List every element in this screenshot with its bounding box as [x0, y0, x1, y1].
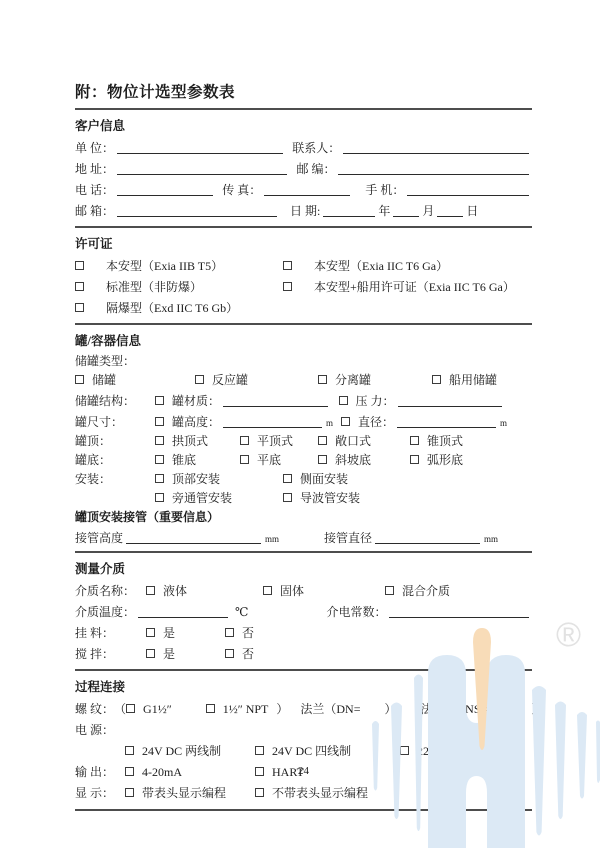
- pressure-input-line: [398, 395, 502, 407]
- option-label: 顶部安装: [172, 471, 220, 487]
- tank-bottom-row: 罐底： 锥底 平底 斜坡底 弧形底: [75, 449, 532, 468]
- medium-name-label: 介质名称：: [75, 583, 130, 599]
- power-options-row: 24V DC 两线制 24V DC 四线制 220V AC四线制: [75, 738, 532, 759]
- install-option-2: 侧面安装: [283, 471, 348, 487]
- display-option-2: 不带表头显示编程: [255, 785, 368, 801]
- phone-label: 电 话：: [75, 182, 114, 198]
- option-label: 反应罐: [212, 372, 248, 388]
- option-label: 否: [242, 646, 254, 662]
- zip-label: 邮 编：: [296, 161, 335, 177]
- display-option-1: 带表头显示编程: [125, 785, 226, 801]
- height-label: 罐高度：: [172, 414, 220, 430]
- checkbox-icon: [240, 436, 249, 445]
- license-option-4: 本安型+船用许可证（Exia IIC T6 Ga）: [283, 279, 515, 295]
- thread-option-npt: 1½″ NPT: [206, 701, 269, 717]
- tank-type-options-row: 储罐 反应罐 分离罐 船用储罐: [75, 369, 532, 388]
- tank-height-option: 罐高度：: [155, 414, 220, 430]
- section-divider: [75, 226, 532, 228]
- checkbox-icon: [283, 493, 292, 502]
- option-label: 平顶式: [257, 433, 293, 449]
- material-input-line: [223, 395, 327, 407]
- tank-type-option-3: 分离罐: [318, 372, 371, 388]
- section-process-connection: 过程连接 螺 纹： （ G1½″ 1½″ NPT ） 法兰（DN= ） 法兰（A…: [75, 678, 532, 801]
- checkbox-icon: [339, 396, 348, 405]
- checkbox-icon: [75, 282, 84, 291]
- checkbox-icon: [126, 704, 135, 713]
- option-label: 旁通管安装: [172, 490, 232, 506]
- checkbox-icon: [146, 586, 155, 595]
- tank-top-option-3: 敞口式: [318, 433, 371, 449]
- height-input-line: [223, 416, 322, 428]
- display-row: 显 示： 带表头显示编程 不带表头显示编程: [75, 780, 532, 801]
- year-label: 年: [378, 203, 390, 219]
- license-row-3: 隔爆型（Exd IIC T6 Gb）: [75, 295, 532, 316]
- display-label: 显 示：: [75, 785, 125, 801]
- diameter-input-line: [397, 416, 496, 428]
- stir-no-option: 否: [225, 646, 254, 662]
- power-label: 电 源：: [75, 722, 114, 738]
- nozzle-diameter-input-line: [375, 532, 480, 544]
- power-label-row: 电 源：: [75, 717, 532, 738]
- install-option-1: 顶部安装: [155, 471, 220, 487]
- diameter-label: 直径：: [358, 414, 394, 430]
- option-label: 斜坡底: [335, 452, 371, 468]
- option-label: 弧形底: [427, 452, 463, 468]
- section-tank-info: 罐/容器信息 储罐类型： 储罐 反应罐 分离罐 船用储罐 储罐结构： 罐材质： …: [75, 332, 532, 546]
- option-label: 带表头显示编程: [142, 785, 226, 801]
- checkbox-icon: [318, 375, 327, 384]
- option-label: 液体: [163, 583, 187, 599]
- buildup-label: 挂 料：: [75, 625, 130, 641]
- checkbox-icon: [283, 261, 292, 270]
- stir-yes-option: 是: [146, 646, 175, 662]
- tank-bottom-option-4: 弧形底: [410, 452, 463, 468]
- nozzle-diameter-label: 接管直径: [324, 530, 372, 546]
- customer-heading: 客户信息: [75, 117, 532, 135]
- nozzle-row: 接管高度 mm 接管直径 mm: [75, 525, 532, 546]
- flange-dn-close: ）: [385, 701, 397, 717]
- checkbox-icon: [206, 704, 215, 713]
- tank-bottom-label: 罐底：: [75, 452, 155, 468]
- checkbox-icon: [195, 375, 204, 384]
- option-label: 锥底: [172, 452, 196, 468]
- medium-temp-label: 介质温度：: [75, 604, 135, 620]
- tank-top-option-1: 拱顶式: [155, 433, 208, 449]
- medium-temp-row: 介质温度： ℃ 介电常数：: [75, 599, 532, 620]
- thread-label: 螺 纹：: [75, 701, 114, 717]
- checkbox-icon: [125, 746, 134, 755]
- section-divider: [75, 551, 532, 553]
- checkbox-icon: [155, 436, 164, 445]
- checkbox-icon: [255, 788, 264, 797]
- checkbox-icon: [225, 628, 234, 637]
- tank-install-label: 安装：: [75, 471, 155, 487]
- option-label: G1½″: [143, 701, 172, 717]
- tank-bottom-option-2: 平底: [240, 452, 281, 468]
- power-option-2: 24V DC 四线制: [255, 743, 351, 759]
- option-label: 220V AC四线制: [417, 743, 498, 759]
- process-heading: 过程连接: [75, 678, 532, 696]
- tank-type-option-1: 储罐: [75, 372, 116, 388]
- license-option-1: 本安型（Exia IIB T5）: [75, 258, 223, 274]
- license-option-2: 本安型（Exia IIC T6 Ga）: [283, 258, 448, 274]
- checkbox-icon: [255, 746, 264, 755]
- checkbox-icon: [75, 261, 84, 270]
- flange-ansi-label: 法兰（ANSI=: [421, 701, 492, 717]
- unit-input-line: [117, 142, 283, 154]
- tank-material-option: 罐材质：: [155, 393, 220, 409]
- tank-type-label: 储罐类型：: [75, 353, 135, 369]
- nozzle-height-input-line: [126, 532, 261, 544]
- option-label: 平底: [257, 452, 281, 468]
- fax-input-line: [264, 184, 350, 196]
- option-label: 本安型（Exia IIC T6 Ga）: [314, 258, 448, 274]
- checkbox-icon: [400, 746, 409, 755]
- buildup-no-option: 否: [225, 625, 254, 641]
- checkbox-icon: [341, 417, 350, 426]
- checkbox-icon: [385, 586, 394, 595]
- tank-type-option-4: 船用储罐: [432, 372, 497, 388]
- checkbox-icon: [155, 417, 164, 426]
- tank-bottom-option-1: 锥底: [155, 452, 196, 468]
- section-customer-info: 客户信息 单 位： 联系人： 地 址： 邮 编： 电 话： 传 真： 手 机：: [75, 117, 532, 219]
- checkbox-icon: [155, 455, 164, 464]
- checkbox-icon: [75, 375, 84, 384]
- checkbox-icon: [318, 455, 327, 464]
- tank-top-option-4: 锥顶式: [410, 433, 463, 449]
- section-license: 许可证 本安型（Exia IIB T5） 本安型（Exia IIC T6 Ga）…: [75, 235, 532, 316]
- power-option-1: 24V DC 两线制: [125, 743, 221, 759]
- install-option-4: 导波管安装: [283, 490, 360, 506]
- thread-close-paren: ）: [276, 701, 288, 717]
- tank-top-option-2: 平顶式: [240, 433, 293, 449]
- tank-top-label: 罐顶：: [75, 433, 155, 449]
- checkbox-icon: [225, 649, 234, 658]
- checkbox-icon: [155, 474, 164, 483]
- day-label: 日: [466, 203, 478, 219]
- license-option-5: 隔爆型（Exd IIC T6 Gb）: [75, 300, 238, 316]
- checkbox-icon: [155, 493, 164, 502]
- temp-input-line: [138, 606, 228, 618]
- unit-label: 单 位：: [75, 140, 114, 156]
- height-unit: m: [326, 416, 333, 430]
- checkbox-icon: [125, 788, 134, 797]
- section-divider: [75, 669, 532, 671]
- option-label: 是: [163, 646, 175, 662]
- thread-row: 螺 纹： （ G1½″ 1½″ NPT ） 法兰（DN= ） 法兰（ANSI= …: [75, 696, 532, 717]
- date-year-line: [323, 205, 375, 217]
- option-label: 拱顶式: [172, 433, 208, 449]
- temp-unit: ℃: [235, 604, 248, 620]
- option-label: 固体: [280, 583, 304, 599]
- mobile-label: 手 机：: [365, 182, 404, 198]
- email-label: 邮 箱：: [75, 203, 114, 219]
- option-label: 不带表头显示编程: [272, 785, 368, 801]
- page-title: 附：物位计选型参数表: [75, 80, 532, 102]
- tank-pressure-option: 压 力：: [339, 393, 395, 409]
- zip-input-line: [338, 163, 529, 175]
- customer-row-unit: 单 位： 联系人：: [75, 135, 532, 156]
- tank-install-row-1: 安装： 顶部安装 侧面安装: [75, 468, 532, 487]
- checkbox-icon: [240, 455, 249, 464]
- option-label: 船用储罐: [449, 372, 497, 388]
- document-page: 附：物位计选型参数表 客户信息 单 位： 联系人： 地 址： 邮 编： 电 话：…: [0, 0, 600, 848]
- section-divider: [75, 809, 532, 811]
- tank-structure-row: 储罐结构： 罐材质： 压 力：: [75, 388, 532, 409]
- stir-label: 搅 拌：: [75, 646, 130, 662]
- option-label: 锥顶式: [427, 433, 463, 449]
- nozzle-height-label: 接管高度: [75, 530, 123, 546]
- option-label: 隔爆型（Exd IIC T6 Gb）: [106, 300, 238, 316]
- buildup-yes-option: 是: [146, 625, 175, 641]
- customer-row-email: 邮 箱： 日 期: 年 月 日: [75, 198, 532, 219]
- tank-diameter-option: 直径：: [341, 414, 394, 430]
- tank-size-label: 罐尺寸：: [75, 414, 155, 430]
- section-divider: [75, 323, 532, 325]
- tank-type-option-2: 反应罐: [195, 372, 248, 388]
- phone-input-line: [117, 184, 213, 196]
- date-month-line: [393, 205, 419, 217]
- email-input-line: [117, 205, 277, 217]
- option-label: 本安型（Exia IIB T5）: [106, 258, 223, 274]
- option-label: 敞口式: [335, 433, 371, 449]
- date-day-line: [437, 205, 463, 217]
- option-label: 混合介质: [402, 583, 450, 599]
- fax-label: 传 真：: [222, 182, 261, 198]
- address-input-line: [117, 163, 287, 175]
- license-option-3: 标准型（非防爆）: [75, 279, 202, 295]
- thread-open-paren: （: [114, 701, 126, 717]
- page-number: 24: [75, 765, 532, 777]
- material-label: 罐材质：: [172, 393, 220, 409]
- checkbox-icon: [283, 282, 292, 291]
- option-label: 1½″ NPT: [223, 701, 269, 717]
- tank-structure-label: 储罐结构：: [75, 393, 155, 409]
- checkbox-icon: [318, 436, 327, 445]
- medium-stir-row: 搅 拌： 是 否: [75, 641, 532, 662]
- contact-input-line: [343, 142, 529, 154]
- install-option-3: 旁通管安装: [155, 490, 232, 506]
- option-label: 否: [242, 625, 254, 641]
- medium-option-solid: 固体: [263, 583, 304, 599]
- option-label: 侧面安装: [300, 471, 348, 487]
- checkbox-icon: [432, 375, 441, 384]
- tank-size-row: 罐尺寸： 罐高度： m 直径： m: [75, 409, 532, 430]
- option-label: 标准型（非防爆）: [106, 279, 202, 295]
- license-row-1: 本安型（Exia IIB T5） 本安型（Exia IIC T6 Ga）: [75, 253, 532, 274]
- option-label: 24V DC 两线制: [142, 743, 221, 759]
- checkbox-icon: [146, 649, 155, 658]
- medium-option-mixed: 混合介质: [385, 583, 450, 599]
- option-label: 导波管安装: [300, 490, 360, 506]
- option-label: 分离罐: [335, 372, 371, 388]
- checkbox-icon: [410, 436, 419, 445]
- tank-bottom-option-3: 斜坡底: [318, 452, 371, 468]
- thread-option-g: G1½″: [126, 701, 172, 717]
- medium-option-liquid: 液体: [146, 583, 187, 599]
- flange-dn-label: 法兰（DN=: [300, 701, 360, 717]
- medium-heading: 测量介质: [75, 560, 532, 578]
- checkbox-icon: [155, 396, 164, 405]
- option-label: 本安型+船用许可证（Exia IIC T6 Ga）: [314, 279, 515, 295]
- customer-row-phone: 电 话： 传 真： 手 机：: [75, 177, 532, 198]
- dielectric-label: 介电常数：: [326, 604, 386, 620]
- medium-name-row: 介质名称： 液体 固体 混合介质: [75, 578, 532, 599]
- registered-trademark-icon: ®: [556, 618, 581, 652]
- option-label: 是: [163, 625, 175, 641]
- contact-label: 联系人：: [292, 140, 340, 156]
- customer-row-address: 地 址： 邮 编：: [75, 156, 532, 177]
- tank-top-row: 罐顶： 拱顶式 平顶式 敞口式 锥顶式: [75, 430, 532, 449]
- option-label: 24V DC 四线制: [272, 743, 351, 759]
- checkbox-icon: [146, 628, 155, 637]
- checkbox-icon: [410, 455, 419, 464]
- section-medium: 测量介质 介质名称： 液体 固体 混合介质 介质温度： ℃ 介电常数： 挂 料：…: [75, 560, 532, 662]
- dielectric-input-line: [389, 606, 529, 618]
- diameter-unit: m: [500, 416, 507, 430]
- pressure-label: 压 力：: [356, 393, 395, 409]
- tank-install-row-2: 旁通管安装 导波管安装: [75, 487, 532, 506]
- license-heading: 许可证: [75, 235, 532, 253]
- tank-type-label-row: 储罐类型：: [75, 350, 532, 369]
- medium-buildup-row: 挂 料： 是 否: [75, 620, 532, 641]
- mobile-input-line: [407, 184, 529, 196]
- nozzle-height-unit: mm: [265, 532, 279, 546]
- nozzle-heading: 罐顶安装接管（重要信息）: [75, 509, 219, 525]
- nozzle-heading-row: 罐顶安装接管（重要信息）: [75, 506, 532, 525]
- license-row-2: 标准型（非防爆） 本安型+船用许可证（Exia IIC T6 Ga）: [75, 274, 532, 295]
- option-label: 储罐: [92, 372, 116, 388]
- power-option-3: 220V AC四线制: [400, 743, 498, 759]
- checkbox-icon: [75, 303, 84, 312]
- tank-heading: 罐/容器信息: [75, 332, 532, 350]
- checkbox-icon: [283, 474, 292, 483]
- month-label: 月: [422, 203, 434, 219]
- checkbox-icon: [263, 586, 272, 595]
- nozzle-diameter-unit: mm: [484, 532, 498, 546]
- address-label: 地 址：: [75, 161, 114, 177]
- section-divider: [75, 108, 532, 110]
- flange-ansi-close: ）: [531, 701, 543, 717]
- date-label: 日 期:: [290, 203, 320, 219]
